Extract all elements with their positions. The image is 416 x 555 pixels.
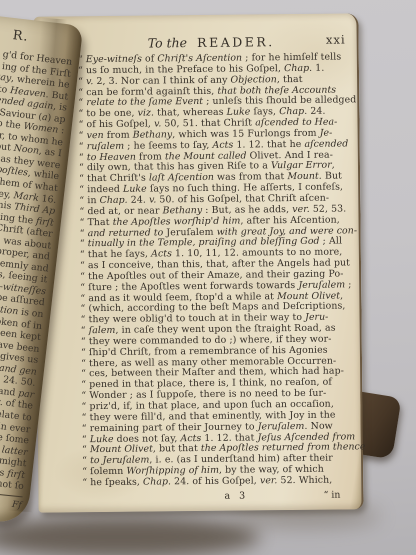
page-number: xxi xyxy=(326,32,346,46)
header-title-italic: To the xyxy=(148,35,187,50)
facing-page-header-fragment: R. xyxy=(0,23,75,50)
book-photo: To the READER. xxi “ Eye-witneſs of Chri… xyxy=(0,0,416,555)
book-shadow xyxy=(0,516,260,555)
header-title-caps: READER. xyxy=(197,34,275,50)
signature-row: a 3 “ in xyxy=(82,489,354,506)
text-line: “ he ſpeaks, Chap. 24. of his Goſpel, ve… xyxy=(82,475,354,489)
signature-mark: a 3 xyxy=(224,490,248,501)
page-header: To the READER. xxi xyxy=(80,30,348,51)
catchword: “ in xyxy=(324,490,341,501)
footnote-signature: Ff xyxy=(11,500,22,511)
page-text-block: “ Eye-witneſs of Chriſt's Aſcention ; fo… xyxy=(78,52,355,489)
book-page-right: To the READER. xxi “ Eye-witneſs of Chri… xyxy=(33,13,363,512)
